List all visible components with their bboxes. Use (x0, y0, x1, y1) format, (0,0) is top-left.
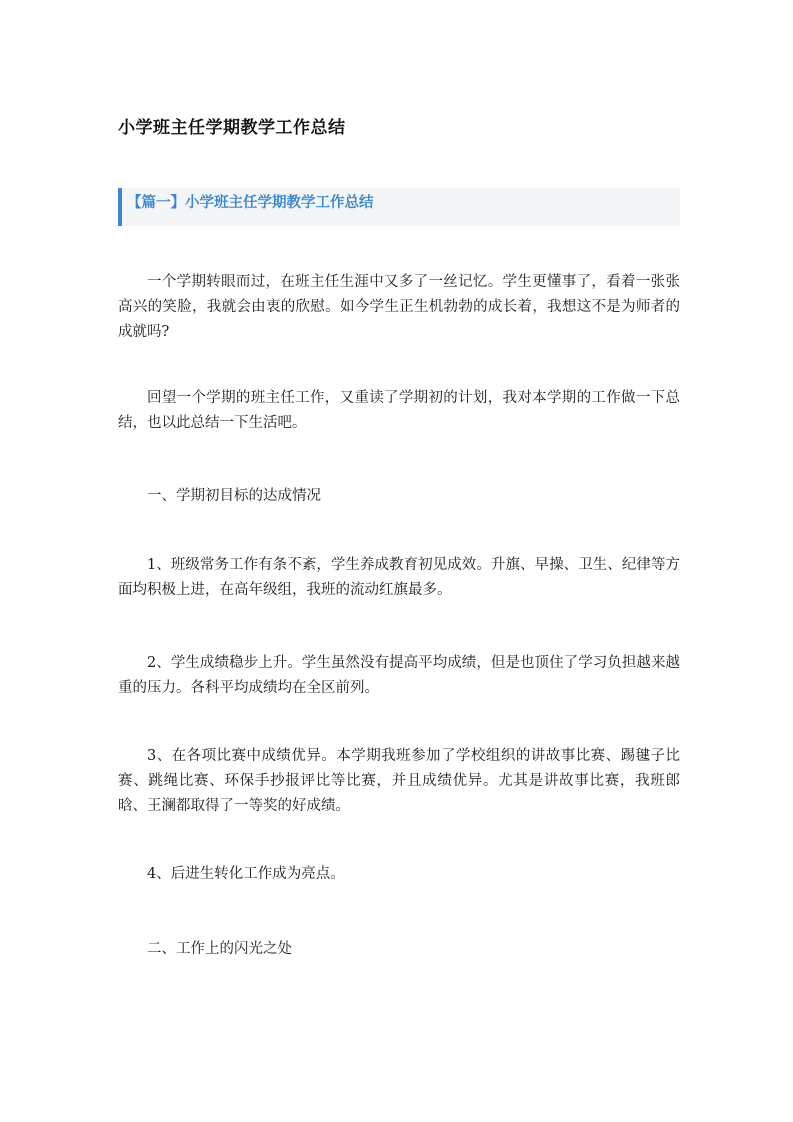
paragraph-item-1: 1、班级常务工作有条不紊，学生养成教育初见成效。升旗、早操、卫生、纪律等方面均积… (118, 553, 680, 603)
paragraph-review: 回望一个学期的班主任工作，又重读了学期初的计划，我对本学期的工作做一下总结，也以… (118, 386, 680, 436)
heading-section-2: 二、工作上的闪光之处 (118, 937, 680, 962)
section-banner: 【篇一】小学班主任学期教学工作总结 (118, 188, 680, 226)
heading-section-1: 一、学期初目标的达成情况 (118, 484, 680, 509)
document-page: 小学班主任学期教学工作总结 【篇一】小学班主任学期教学工作总结 一个学期转眼而过… (0, 0, 793, 1122)
paragraph-item-4: 4、后进生转化工作成为亮点。 (118, 862, 680, 887)
section-banner-title: 【篇一】小学班主任学期教学工作总结 (127, 191, 374, 212)
paragraph-intro: 一个学期转眼而过，在班主任生涯中又多了一丝记忆。学生更懂事了，看着一张张高兴的笑… (118, 270, 680, 345)
paragraph-item-2: 2、学生成绩稳步上升。学生虽然没有提高平均成绩，但是也顶住了学习负担越来越重的压… (118, 651, 680, 701)
paragraph-item-3: 3、在各项比赛中成绩优异。本学期我班参加了学校组织的讲故事比赛、踢毽子比赛、跳绳… (118, 744, 680, 819)
document-title: 小学班主任学期教学工作总结 (118, 113, 346, 138)
